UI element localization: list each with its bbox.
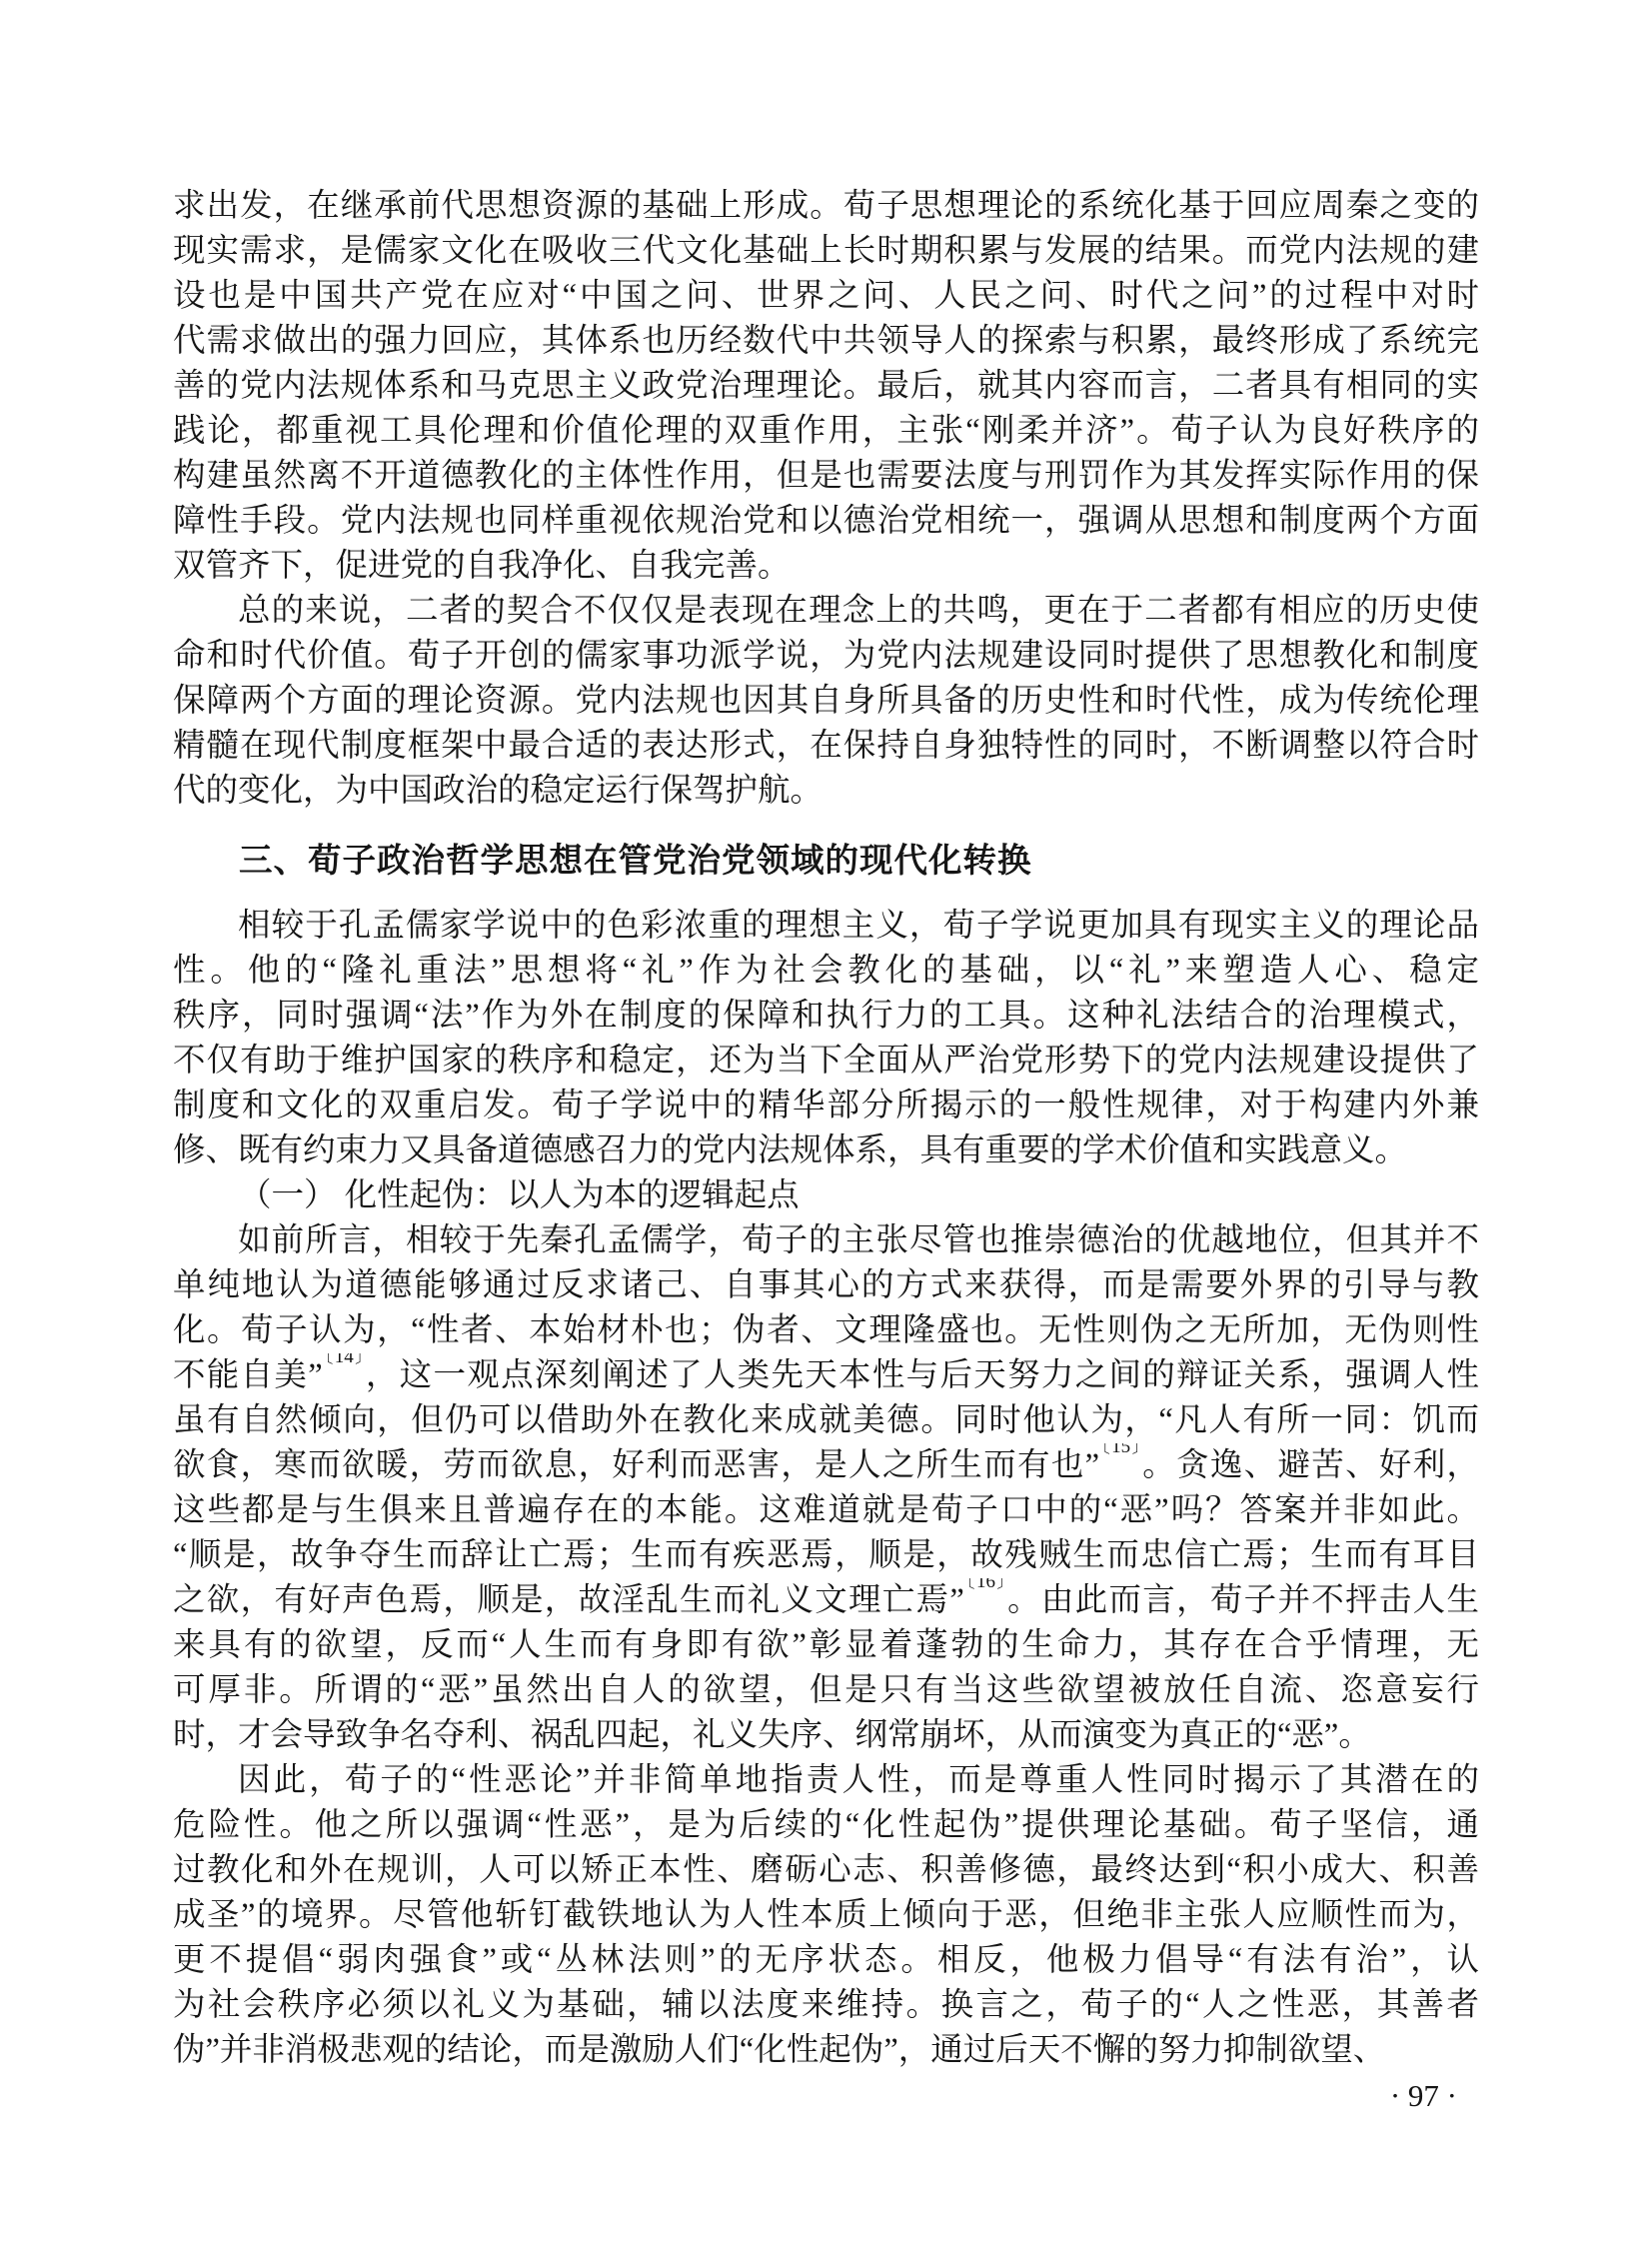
text-line: 时，才会导致争名夺利、祸乱四起，礼义失序、纲常崩坏，从而演变为真正的“恶”。 (173, 1713, 1479, 1758)
paragraph: 相较于孔孟儒家学说中的色彩浓重的理想主义，荀子学说更加具有现实主义的理论品性。他… (173, 904, 1479, 1173)
text-line: 总的来说，二者的契合不仅仅是表现在理念上的共鸣，更在于二者都有相应的历史使 (173, 589, 1479, 634)
text-line: 命和时代价值。荀子开创的儒家事功派学说，为党内法规建设同时提供了思想教化和制度 (173, 634, 1479, 679)
subsection-heading: （一） 化性起伪：以人为本的逻辑起点 (173, 1173, 1479, 1218)
text-line: 代的变化，为中国政治的稳定运行保驾护航。 (173, 769, 1479, 814)
paragraph-continued-from-previous-page: 求出发，在继承前代思想资源的基础上形成。荀子思想理论的系统化基于回应周秦之变的现… (173, 184, 1479, 589)
text-line: 修、既有约束力又具备道德感召力的党内法规体系，具有重要的学术价值和实践意义。 (173, 1128, 1479, 1173)
text-line: 构建虽然离不开道德教化的主体性作用，但是也需要法度与刑罚作为其发挥实际作用的保 (173, 454, 1479, 499)
text-line: 双管齐下，促进党的自我净化、自我完善。 (173, 544, 1479, 589)
document-page: 求出发，在继承前代思想资源的基础上形成。荀子思想理论的系统化基于回应周秦之变的现… (0, 0, 1652, 2243)
text-line: 保障两个方面的理论资源。党内法规也因其自身所具备的历史性和时代性，成为传统伦理 (173, 679, 1479, 724)
text-line: 来具有的欲望，反而“人生而有身即有欲”彰显着蓬勃的生命力，其存在合乎情理，无 (173, 1623, 1479, 1668)
footnote-reference: 〔15〕 (1099, 1443, 1142, 1457)
footnote-reference: 〔14〕 (323, 1353, 366, 1367)
paragraph: 总的来说，二者的契合不仅仅是表现在理念上的共鸣，更在于二者都有相应的历史使命和时… (173, 589, 1479, 814)
text-line: 性。他的“隆礼重法”思想将“礼”作为社会教化的基础，以“礼”来塑造人心、稳定 (173, 949, 1479, 994)
text-line: 求出发，在继承前代思想资源的基础上形成。荀子思想理论的系统化基于回应周秦之变的 (173, 184, 1479, 229)
text-line: “顺是，故争夺生而辞让亡焉；生而有疾恶焉，顺是，故残贼生而忠信亡焉；生而有耳目 (173, 1533, 1479, 1578)
footnote-reference: 〔16〕 (964, 1578, 1007, 1592)
text-line: 欲食，寒而欲暖，劳而欲息，好利而恶害，是人之所生而有也”〔15〕。贪逸、避苦、好… (173, 1443, 1479, 1488)
text-line: 代需求做出的强力回应，其体系也历经数代中共领导人的探索与积累，最终形成了系统完 (173, 319, 1479, 364)
text-line: 这些都是与生俱来且普遍存在的本能。这难道就是荀子口中的“恶”吗？答案并非如此。 (173, 1488, 1479, 1533)
text-line: 过教化和外在规训，人可以矫正本性、磨砺心志、积善修德，最终达到“积小成大、积善 (173, 1848, 1479, 1893)
text-line: 精髓在现代制度框架中最合适的表达形式，在保持自身独特性的同时，不断调整以符合时 (173, 724, 1479, 769)
text-line: 危险性。他之所以强调“性恶”，是为后续的“化性起伪”提供理论基础。荀子坚信，通 (173, 1803, 1479, 1848)
text-line: 制度和文化的双重启发。荀子学说中的精华部分所揭示的一般性规律，对于构建内外兼 (173, 1084, 1479, 1128)
text-line: 相较于孔孟儒家学说中的色彩浓重的理想主义，荀子学说更加具有现实主义的理论品 (173, 904, 1479, 949)
paragraph: 因此，荀子的“性恶论”并非简单地指责人性，而是尊重人性同时揭示了其潜在的危险性。… (173, 1758, 1479, 2073)
text-line: 秩序，同时强调“法”作为外在制度的保障和执行力的工具。这种礼法结合的治理模式， (173, 994, 1479, 1039)
paragraph: 如前所言，相较于先秦孔孟儒学，荀子的主张尽管也推崇德治的优越地位，但其并不单纯地… (173, 1218, 1479, 1758)
text-line: 之欲，有好声色焉，顺是，故淫乱生而礼义文理亡焉”〔16〕。由此而言，荀子并不抨击… (173, 1578, 1479, 1623)
text-line: 成圣”的境界。尽管他斩钉截铁地认为人性本质上倾向于恶，但绝非主张人应顺性而为， (173, 1893, 1479, 1938)
page-text-column: 求出发，在继承前代思想资源的基础上形成。荀子思想理论的系统化基于回应周秦之变的现… (173, 184, 1479, 2118)
text-line: 设也是中国共产党在应对“中国之问、世界之问、人民之问、时代之问”的过程中对时 (173, 274, 1479, 319)
text-line: 善的党内法规体系和马克思主义政党治理理论。最后，就其内容而言，二者具有相同的实 (173, 364, 1479, 409)
page-number: · 97 · (173, 2073, 1479, 2118)
text-line: 因此，荀子的“性恶论”并非简单地指责人性，而是尊重人性同时揭示了其潜在的 (173, 1758, 1479, 1803)
text-line: 如前所言，相较于先秦孔孟儒学，荀子的主张尽管也推崇德治的优越地位，但其并不 (173, 1218, 1479, 1263)
text-line: 伪”并非消极悲观的结论，而是激励人们“化性起伪”，通过后天不懈的努力抑制欲望、 (173, 2028, 1479, 2073)
text-line: 单纯地认为道德能够通过反求诸己、自事其心的方式来获得，而是需要外界的引导与教 (173, 1263, 1479, 1308)
text-line: 可厚非。所谓的“恶”虽然出自人的欲望，但是只有当这些欲望被放任自流、恣意妄行 (173, 1668, 1479, 1713)
text-line: 不能自美”〔14〕，这一观点深刻阐述了人类先天本性与后天努力之间的辩证关系，强调… (173, 1353, 1479, 1398)
text-line: 虽有自然倾向，但仍可以借助外在教化来成就美德。同时他认为，“凡人有所一同：饥而 (173, 1398, 1479, 1443)
text-line: 为社会秩序必须以礼义为基础，辅以法度来维持。换言之，荀子的“人之性恶，其善者 (173, 1983, 1479, 2028)
text-line: 践论，都重视工具伦理和价值伦理的双重作用，主张“刚柔并济”。荀子认为良好秩序的 (173, 409, 1479, 454)
text-line: 现实需求，是儒家文化在吸收三代文化基础上长时期积累与发展的结果。而党内法规的建 (173, 229, 1479, 274)
text-line: 化。荀子认为，“性者、本始材朴也；伪者、文理隆盛也。无性则伪之无所加，无伪则性 (173, 1308, 1479, 1353)
text-line: 更不提倡“弱肉强食”或“丛林法则”的无序状态。相反，他极力倡导“有法有治”，认 (173, 1938, 1479, 1983)
section-heading: 三、荀子政治哲学思想在管党治党领域的现代化转换 (173, 839, 1479, 884)
text-line: 障性手段。党内法规也同样重视依规治党和以德治党相统一，强调从思想和制度两个方面 (173, 499, 1479, 544)
text-line: 不仅有助于维护国家的秩序和稳定，还为当下全面从严治党形势下的党内法规建设提供了 (173, 1039, 1479, 1084)
